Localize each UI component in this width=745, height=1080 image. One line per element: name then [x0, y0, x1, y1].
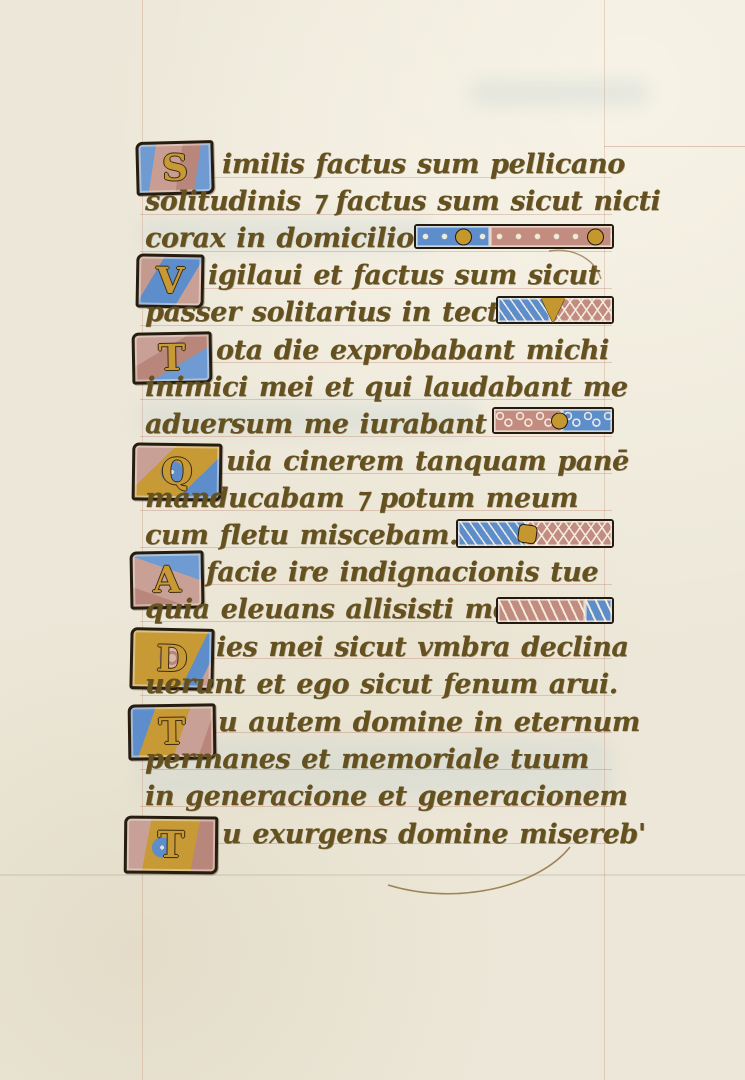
text-line: aduersum me iurabant — [145, 410, 486, 440]
line-filler-zigzag-bar — [456, 519, 614, 548]
text-line: permanes et memoriale tuum — [145, 745, 589, 775]
gold-triangle — [541, 298, 565, 323]
initial-letter: S — [162, 150, 189, 187]
line-filler-dotted-bar — [414, 224, 614, 249]
text-line: ies mei sicut vmbra declina — [216, 633, 628, 663]
text-line: passer solitarius in tecto. — [145, 298, 525, 328]
pen-flourish — [370, 845, 590, 915]
text-line: u autem domine in eternum — [218, 708, 640, 738]
filler-blue-segment — [585, 599, 612, 622]
initial-letter: T — [158, 340, 185, 376]
parchment-crease — [0, 874, 745, 876]
text-line: solitudinis ⁊ factus sum sicut nicti — [145, 187, 660, 217]
illuminated-initial: T — [124, 816, 219, 875]
text-line: cum fletu miscebam. — [145, 521, 458, 551]
parchment-smudge — [470, 80, 650, 106]
ruling-horizontal-top-right — [604, 146, 745, 147]
line-filler-wave-bar — [492, 407, 614, 434]
gold-boss — [455, 228, 472, 245]
text-line: uerunt et ego sicut fenum arui. — [145, 670, 618, 700]
line-filler-dash-bar — [496, 597, 614, 624]
text-line: uia cinerem tanquam panē — [226, 447, 629, 477]
gold-boss — [517, 523, 538, 544]
text-line: ota die exprobabant michi — [216, 336, 609, 366]
initial-letter: V — [156, 263, 185, 299]
text-line: inimici mei et qui laudabant me — [145, 373, 628, 403]
text-line: in generacione et generacionem — [145, 782, 628, 812]
text-line: corax in domicilio. — [145, 224, 422, 254]
text-line: manducabam ⁊ potum meum — [145, 484, 578, 514]
text-line: u exurgens domine misereb' — [222, 820, 646, 850]
filler-pink-segment — [526, 521, 612, 546]
text-line: quia eleuans allisisti me — [145, 595, 509, 625]
text-line: igilaui et factus sum sicut — [208, 261, 600, 291]
text-line: imilis factus sum pellicano — [222, 150, 625, 180]
gold-boss — [551, 412, 568, 429]
filler-blue-segment — [458, 521, 526, 546]
manuscript-page: S V T Q A D T T imilis factus sum pellic… — [0, 0, 745, 1080]
initial-letter: T — [157, 827, 184, 863]
gold-boss — [587, 228, 604, 245]
line-filler-hatched-bar — [496, 296, 614, 324]
initial-letter: A — [153, 562, 182, 598]
filler-pink-segment — [498, 599, 585, 622]
text-line: facie ire indignacionis tue — [206, 558, 598, 588]
filler-blue-segment — [562, 409, 612, 432]
filler-blue-segment — [416, 226, 490, 247]
